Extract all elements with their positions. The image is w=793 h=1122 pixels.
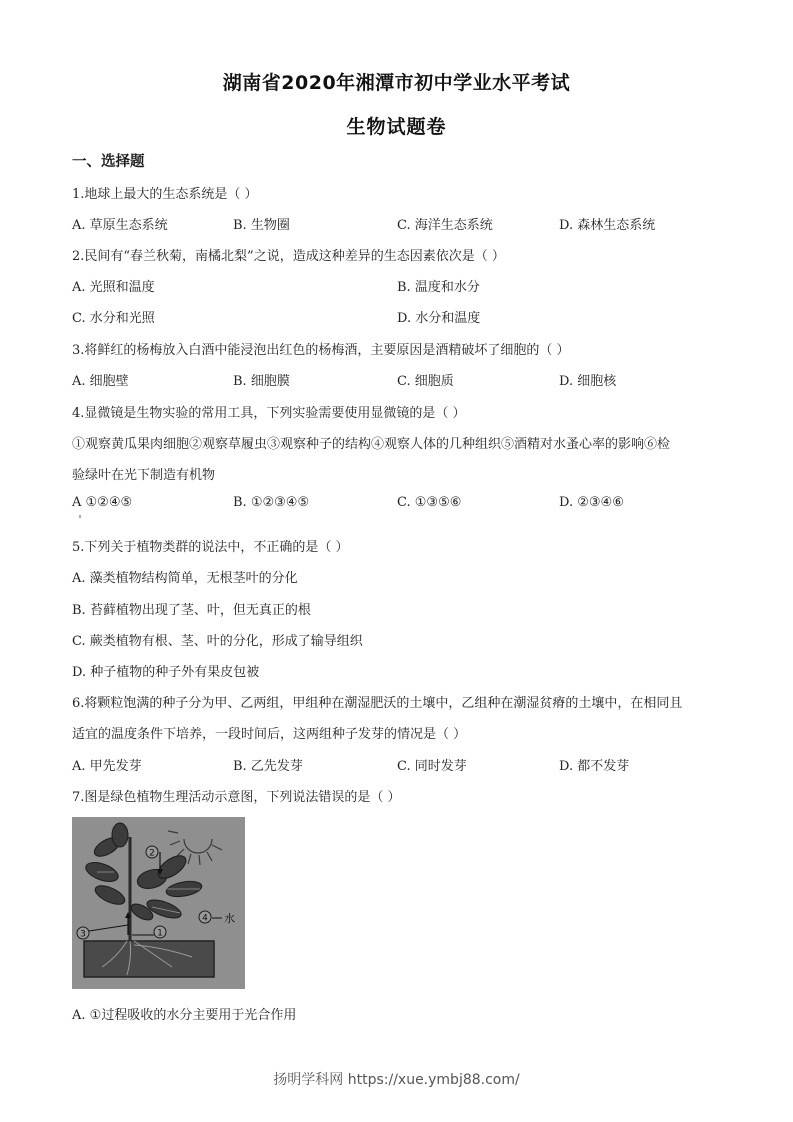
question-2-stem: 2.民间有“春兰秋菊，南橘北梨”之说，造成这种差异的生态因素依次是（ ） xyxy=(72,245,505,264)
question-6-option-d: D. 都不发芽 xyxy=(559,755,629,774)
question-7-stem: 7.图是绿色植物生理活动示意图，下列说法错误的是（ ） xyxy=(72,786,401,805)
svg-text:2: 2 xyxy=(149,849,155,859)
question-4-option-d: D. ②③④⑥ xyxy=(559,495,624,510)
question-3-option-a: A. 细胞壁 xyxy=(72,370,129,389)
question-4-stem-line-3: 验绿叶在光下制造有机物 xyxy=(72,464,215,483)
svg-text:1: 1 xyxy=(157,929,163,939)
page-title: 湖南省2020年湘潭市初中学业水平考试 xyxy=(0,68,793,95)
question-4-option-b: B. ①②③④⑤ xyxy=(233,495,309,510)
question-3-option-b: B. 细胞膜 xyxy=(233,370,290,389)
question-2-option-a: A. 光照和温度 xyxy=(72,276,155,295)
question-3-stem: 3.将鲜红的杨梅放入白酒中能浸泡出红色的杨梅酒，主要原因是酒精破坏了细胞的（ ） xyxy=(72,339,570,358)
question-2-option-b: B. 温度和水分 xyxy=(397,276,480,295)
water-label: 水 xyxy=(224,911,235,925)
question-5-option-d: D. 种子植物的种子外有果皮包被 xyxy=(72,661,259,680)
question-3-option-d: D. 细胞核 xyxy=(559,370,616,389)
scan-artifact xyxy=(79,515,81,518)
question-6-option-a: A. 甲先发芽 xyxy=(72,755,142,774)
section-heading: 一、选择题 xyxy=(72,150,145,171)
question-6-stem: 6.将颗粒饱满的种子分为甲、乙两组，甲组种在潮湿肥沃的土壤中，乙组种在潮湿贫瘠的… xyxy=(72,692,682,711)
question-6-stem-line-2: 适宜的温度条件下培养，一段时间后，这两组种子发芽的情况是（ ） xyxy=(72,723,466,742)
plant-physiology-figure: 2 4 水 3 1 xyxy=(72,817,245,989)
question-4-stem: 4.显微镜是生物实验的常用工具，下列实验需要使用显微镜的是（ ） xyxy=(72,402,466,421)
question-5-option-a: A. 藻类植物结构简单，无根茎叶的分化 xyxy=(72,567,298,586)
question-5-option-b: B. 苔藓植物出现了茎、叶，但无真正的根 xyxy=(72,599,311,618)
question-7-option-a: A. ①过程吸收的水分主要用于光合作用 xyxy=(72,1004,296,1023)
plant-diagram-icon: 2 4 水 3 1 xyxy=(72,817,245,989)
svg-text:4: 4 xyxy=(202,914,208,924)
question-5-option-c: C. 蕨类植物有根、茎、叶的分化，形成了输导组织 xyxy=(72,630,363,649)
question-2-option-c: C. 水分和光照 xyxy=(72,307,155,326)
svg-text:3: 3 xyxy=(80,930,86,940)
question-1-stem: 1.地球上最大的生态系统是（ ） xyxy=(72,183,258,202)
question-4-stem-line-2: ①观察黄瓜果肉细胞②观察草履虫③观察种子的结构④观察人体的几种组织⑤酒精对水蚤心… xyxy=(72,433,670,452)
page-footer-watermark: 扬明学科网 https://xue.ymbj88.com/ xyxy=(0,1069,793,1089)
question-1-option-b: B. 生物圈 xyxy=(233,214,290,233)
question-6-option-b: B. 乙先发芽 xyxy=(233,755,303,774)
page-subtitle: 生物试题卷 xyxy=(0,112,793,139)
question-1-option-c: C. 海洋生态系统 xyxy=(397,214,493,233)
question-1-option-a: A. 草原生态系统 xyxy=(72,214,168,233)
question-2-option-d: D. 水分和温度 xyxy=(397,307,480,326)
question-4-option-a: A ①②④⑤ xyxy=(72,495,132,510)
question-3-option-c: C. 细胞质 xyxy=(397,370,454,389)
question-6-option-c: C. 同时发芽 xyxy=(397,755,467,774)
exam-page: 湖南省2020年湘潭市初中学业水平考试 生物试题卷 一、选择题 1.地球上最大的… xyxy=(0,0,793,1122)
question-5-stem: 5.下列关于植物类群的说法中，不正确的是（ ） xyxy=(72,536,349,555)
question-1-option-d: D. 森林生态系统 xyxy=(559,214,655,233)
question-4-option-c: C. ①③⑤⑥ xyxy=(397,495,461,510)
